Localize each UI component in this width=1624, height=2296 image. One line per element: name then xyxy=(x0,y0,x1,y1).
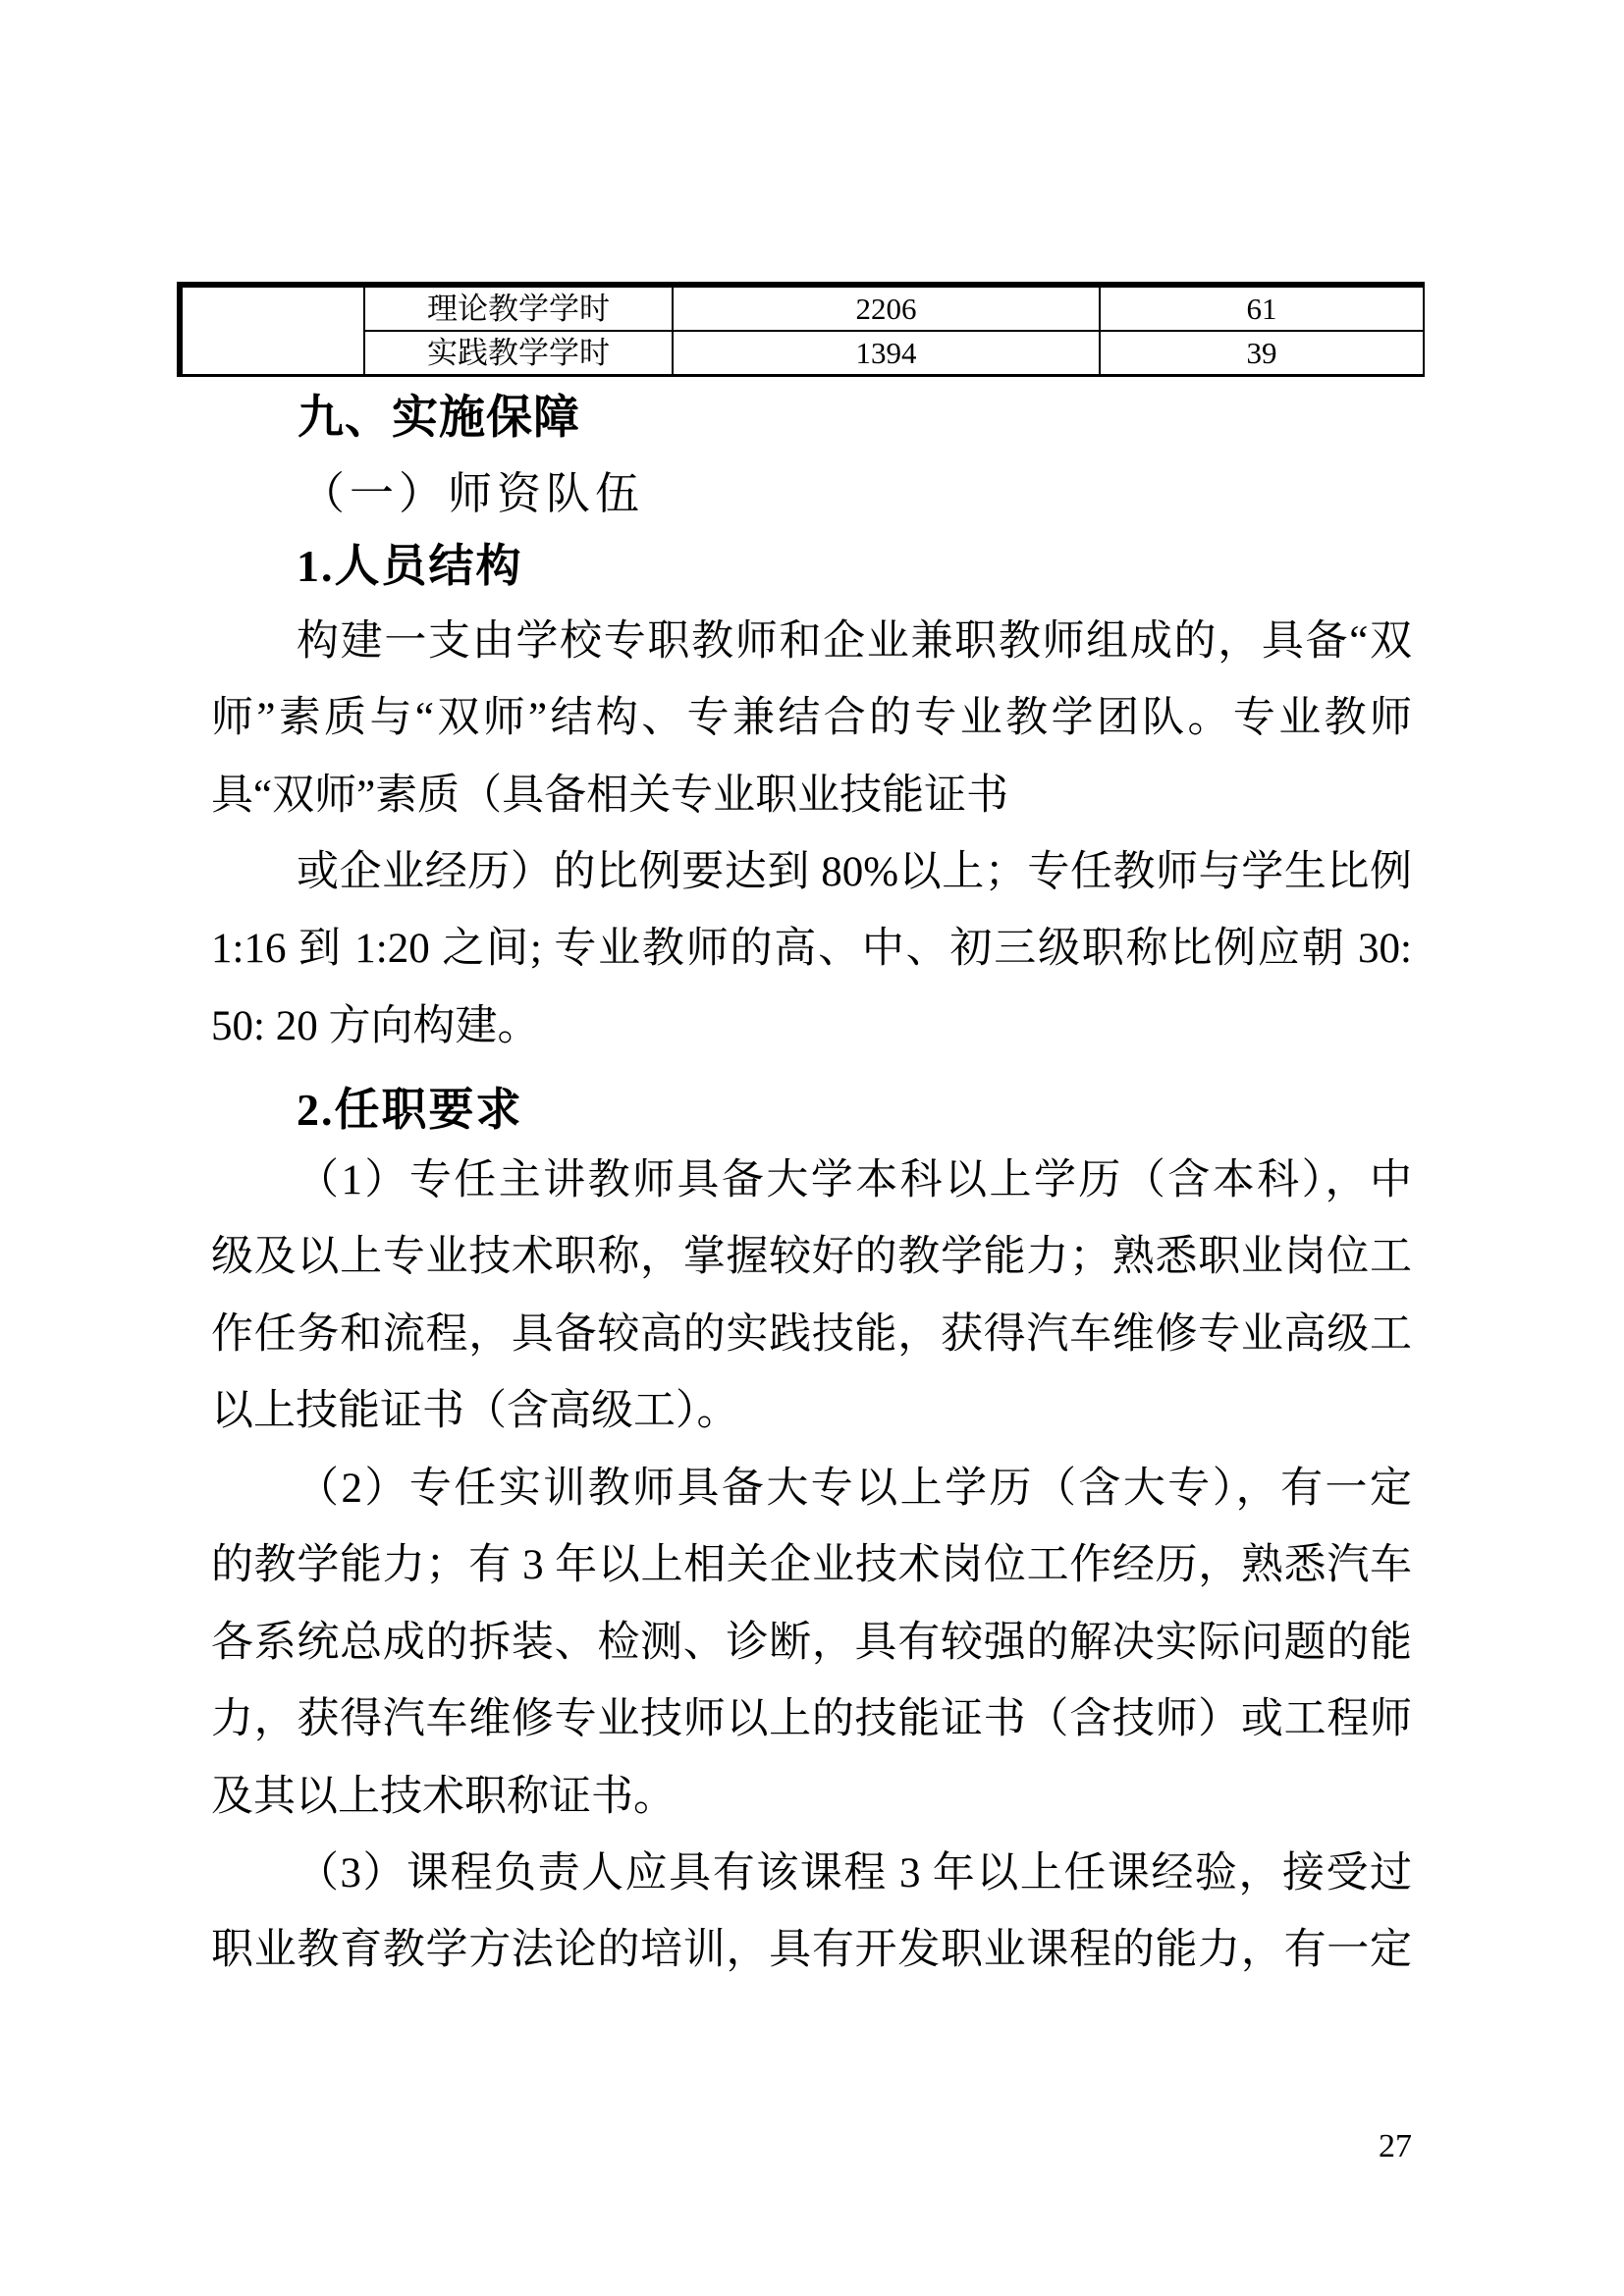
table-row: 实践教学学时 1394 39 xyxy=(180,331,1424,376)
row-value: 1394 xyxy=(673,331,1100,376)
row-percent: 39 xyxy=(1100,331,1424,376)
row-label: 实践教学学时 xyxy=(364,331,673,376)
text-line: 以上技能证书（含高级工）。 xyxy=(211,1373,1412,1450)
text-line: 各系统总成的拆装、检测、诊断，具有较强的解决实际问题的能 xyxy=(211,1605,1412,1682)
text-line: 的教学能力；有 3 年以上相关企业技术岗位工作经历，熟悉汽车 xyxy=(211,1527,1412,1604)
paragraph-training-teacher-requirements: （2）专任实训教师具备大专以上学历（含大专），有一定 的教学能力；有 3 年以上… xyxy=(211,1451,1412,1836)
paragraph-course-leader-requirements: （3）课程负责人应具有该课程 3 年以上任课经验，接受过 职业教育教学方法论的培… xyxy=(211,1836,1412,1990)
text-line: 或企业经历）的比例要达到 80%以上；专任教师与学生比例 xyxy=(211,834,1412,911)
text-line: 50: 20 方向构建。 xyxy=(211,988,1412,1065)
subheading-personnel-structure: 1.人员结构 xyxy=(297,530,523,595)
subheading-post-requirements: 2.任职要求 xyxy=(297,1074,523,1139)
text-line: 构建一支由学校专职教师和企业兼职教师组成的，具备“双 xyxy=(211,604,1412,680)
document-page: 理论教学学时 2206 61 实践教学学时 1394 39 九、实施保障 （一）… xyxy=(0,0,1624,2296)
paragraph-lecturer-requirements: （1）专任主讲教师具备大学本科以上学历（含本科），中 级及以上专业技术职称，掌握… xyxy=(211,1143,1412,1451)
text-line: 及其以上技术职称证书。 xyxy=(211,1759,1412,1836)
page-number: 27 xyxy=(1379,2128,1412,2165)
paragraph-ratio-requirements: 或企业经历）的比例要达到 80%以上；专任教师与学生比例 1:16 到 1:20… xyxy=(211,834,1412,1065)
row-percent: 61 xyxy=(1100,285,1424,331)
text-line: 具“双师”素质（具备相关专业职业技能证书 xyxy=(211,758,1412,834)
text-line: （3）课程负责人应具有该课程 3 年以上任课经验，接受过 xyxy=(211,1836,1412,1912)
text-line: 力，获得汽车维修专业技师以上的技能证书（含技师）或工程师 xyxy=(211,1682,1412,1758)
table-row: 理论教学学时 2206 61 xyxy=(180,285,1424,331)
paragraph-team-building: 构建一支由学校专职教师和企业兼职教师组成的，具备“双 师”素质与“双师”结构、专… xyxy=(211,604,1412,834)
text-line: 师”素质与“双师”结构、专兼结合的专业教学团队。专业教师 xyxy=(211,680,1412,757)
text-line: 1:16 到 1:20 之间; 专业教师的高、中、初三级职称比例应朝 30: xyxy=(211,911,1412,988)
section-heading-implementation-guarantee: 九、实施保障 xyxy=(298,381,580,447)
text-line: 级及以上专业技术职称，掌握较好的教学能力；熟悉职业岗位工 xyxy=(211,1219,1412,1296)
teaching-hours-table: 理论教学学时 2206 61 实践教学学时 1394 39 xyxy=(177,282,1425,377)
row-label: 理论教学学时 xyxy=(364,285,673,331)
text-line: （2）专任实训教师具备大专以上学历（含大专），有一定 xyxy=(211,1451,1412,1527)
text-line: （1）专任主讲教师具备大学本科以上学历（含本科），中 xyxy=(211,1143,1412,1219)
text-line: 作任务和流程，具备较高的实践技能，获得汽车维修专业高级工 xyxy=(211,1297,1412,1373)
text-line: 职业教育教学方法论的培训，具有开发职业课程的能力，有一定 xyxy=(211,1912,1412,1989)
table-empty-cell xyxy=(180,285,364,376)
row-value: 2206 xyxy=(673,285,1100,331)
subsection-heading-faculty-team: （一）师资队伍 xyxy=(300,457,644,521)
